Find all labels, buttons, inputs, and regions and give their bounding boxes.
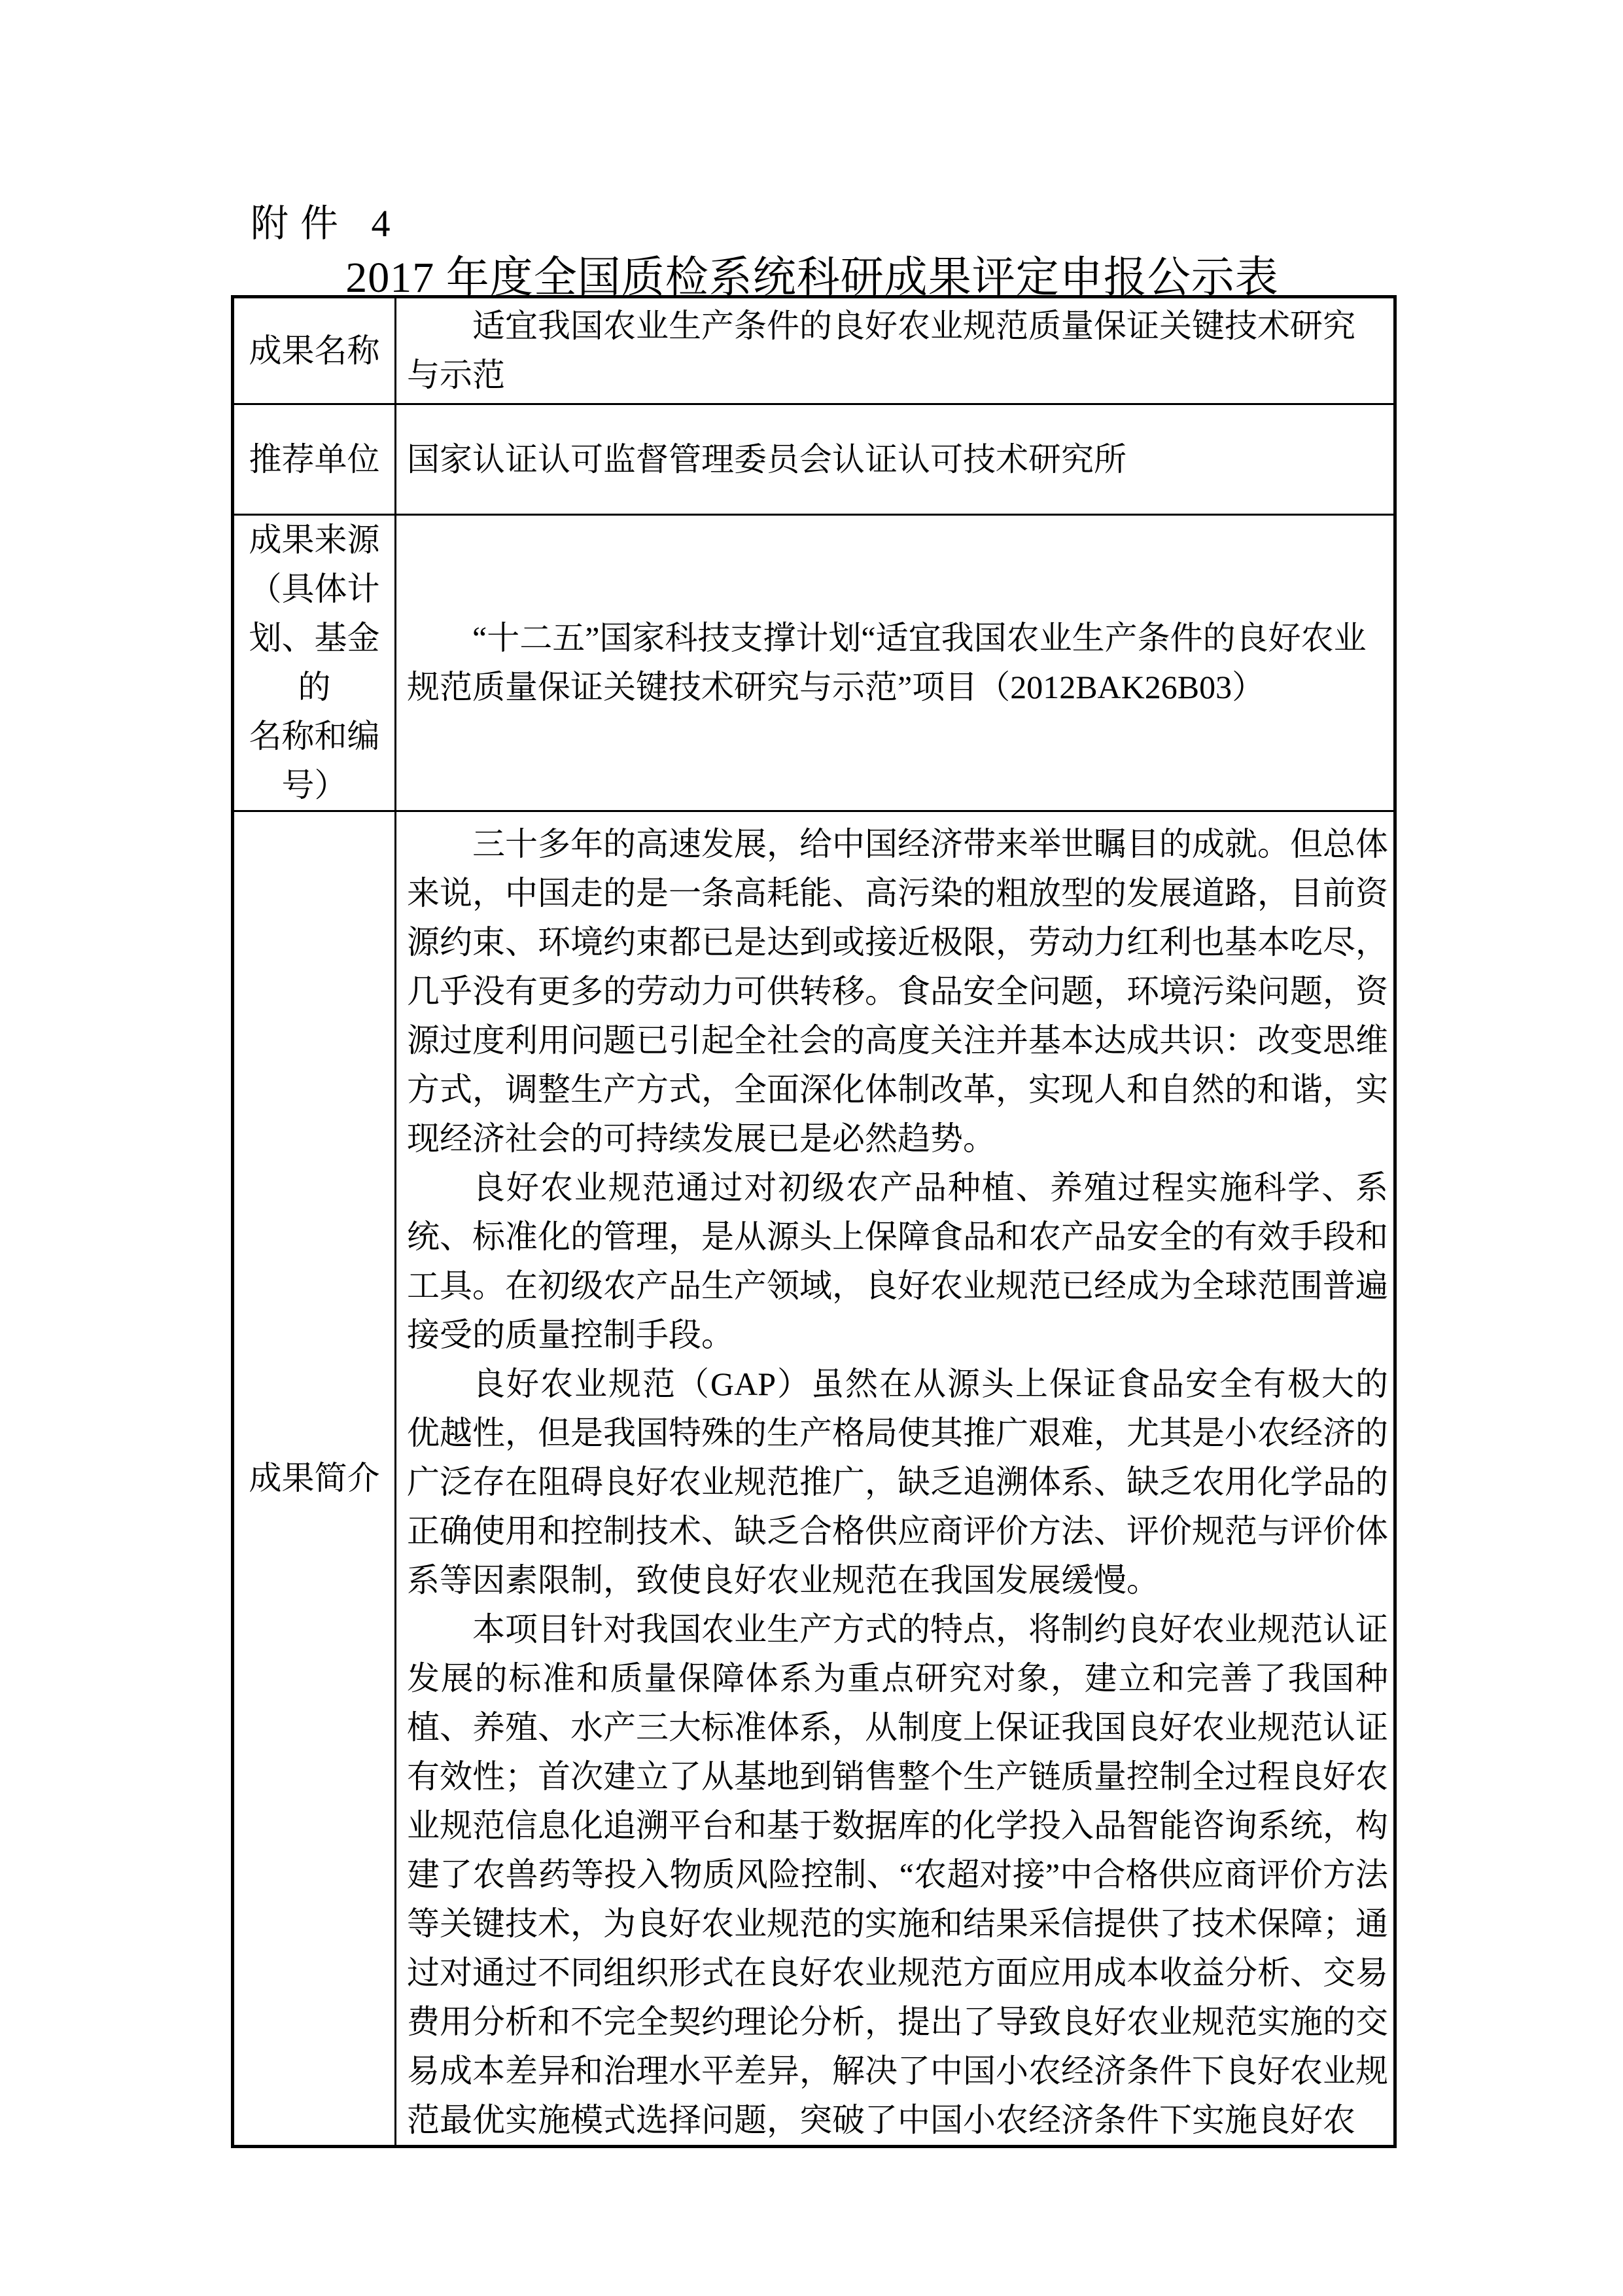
intro-paragraph-4: 本项目针对我国农业生产方式的特点，将制约良好农业规范认证发展的标准和质量保障体系… bbox=[407, 1605, 1388, 2145]
recommending-unit-value: 国家认证认可监督管理委员会认证认可技术研究所 bbox=[396, 404, 1395, 515]
table-row-achievement-intro: 成果简介 三十多年的高速发展，给中国经济带来举世瞩目的成就。但总体来说，中国走的… bbox=[233, 811, 1395, 2147]
achievement-intro-value: 三十多年的高速发展，给中国经济带来举世瞩目的成就。但总体来说，中国走的是一条高耗… bbox=[396, 811, 1395, 2147]
table-row-achievement-name: 成果名称 适宜我国农业生产条件的良好农业规范质量保证关键技术研究与示范 bbox=[233, 297, 1395, 404]
row-label-recommending-unit: 推荐单位 bbox=[233, 404, 396, 515]
row-label-achievement-name: 成果名称 bbox=[233, 297, 396, 404]
intro-paragraph-3: 良好农业规范（GAP）虽然在从源头上保证食品安全有极大的优越性，但是我国特殊的生… bbox=[407, 1360, 1388, 1605]
publicity-form-table: 成果名称 适宜我国农业生产条件的良好农业规范质量保证关键技术研究与示范 推荐单位… bbox=[231, 295, 1397, 2148]
achievement-source-value: “十二五”国家科技支撑计划“适宜我国农业生产条件的良好农业规范质量保证关键技术研… bbox=[396, 515, 1395, 811]
table-row-recommending-unit: 推荐单位 国家认证认可监督管理委员会认证认可技术研究所 bbox=[233, 404, 1395, 515]
intro-paragraph-1: 三十多年的高速发展，给中国经济带来举世瞩目的成就。但总体来说，中国走的是一条高耗… bbox=[407, 820, 1388, 1163]
intro-paragraph-2: 良好农业规范通过对初级农产品种植、养殖过程实施科学、系统、标准化的管理，是从源头… bbox=[407, 1163, 1388, 1360]
attachment-label: 附件 4 bbox=[251, 192, 402, 247]
table-row-achievement-source: 成果来源 （具体计 划、基金的 名称和编 号） “十二五”国家科技支撑计划“适宜… bbox=[233, 515, 1395, 811]
row-label-achievement-intro: 成果简介 bbox=[233, 811, 396, 2147]
row-label-achievement-source: 成果来源 （具体计 划、基金的 名称和编 号） bbox=[233, 515, 396, 811]
document-page: 附件 4 2017 年度全国质检系统科研成果评定申报公示表 成果名称 适宜我国农… bbox=[0, 0, 1623, 2296]
achievement-name-value: 适宜我国农业生产条件的良好农业规范质量保证关键技术研究与示范 bbox=[396, 297, 1395, 404]
